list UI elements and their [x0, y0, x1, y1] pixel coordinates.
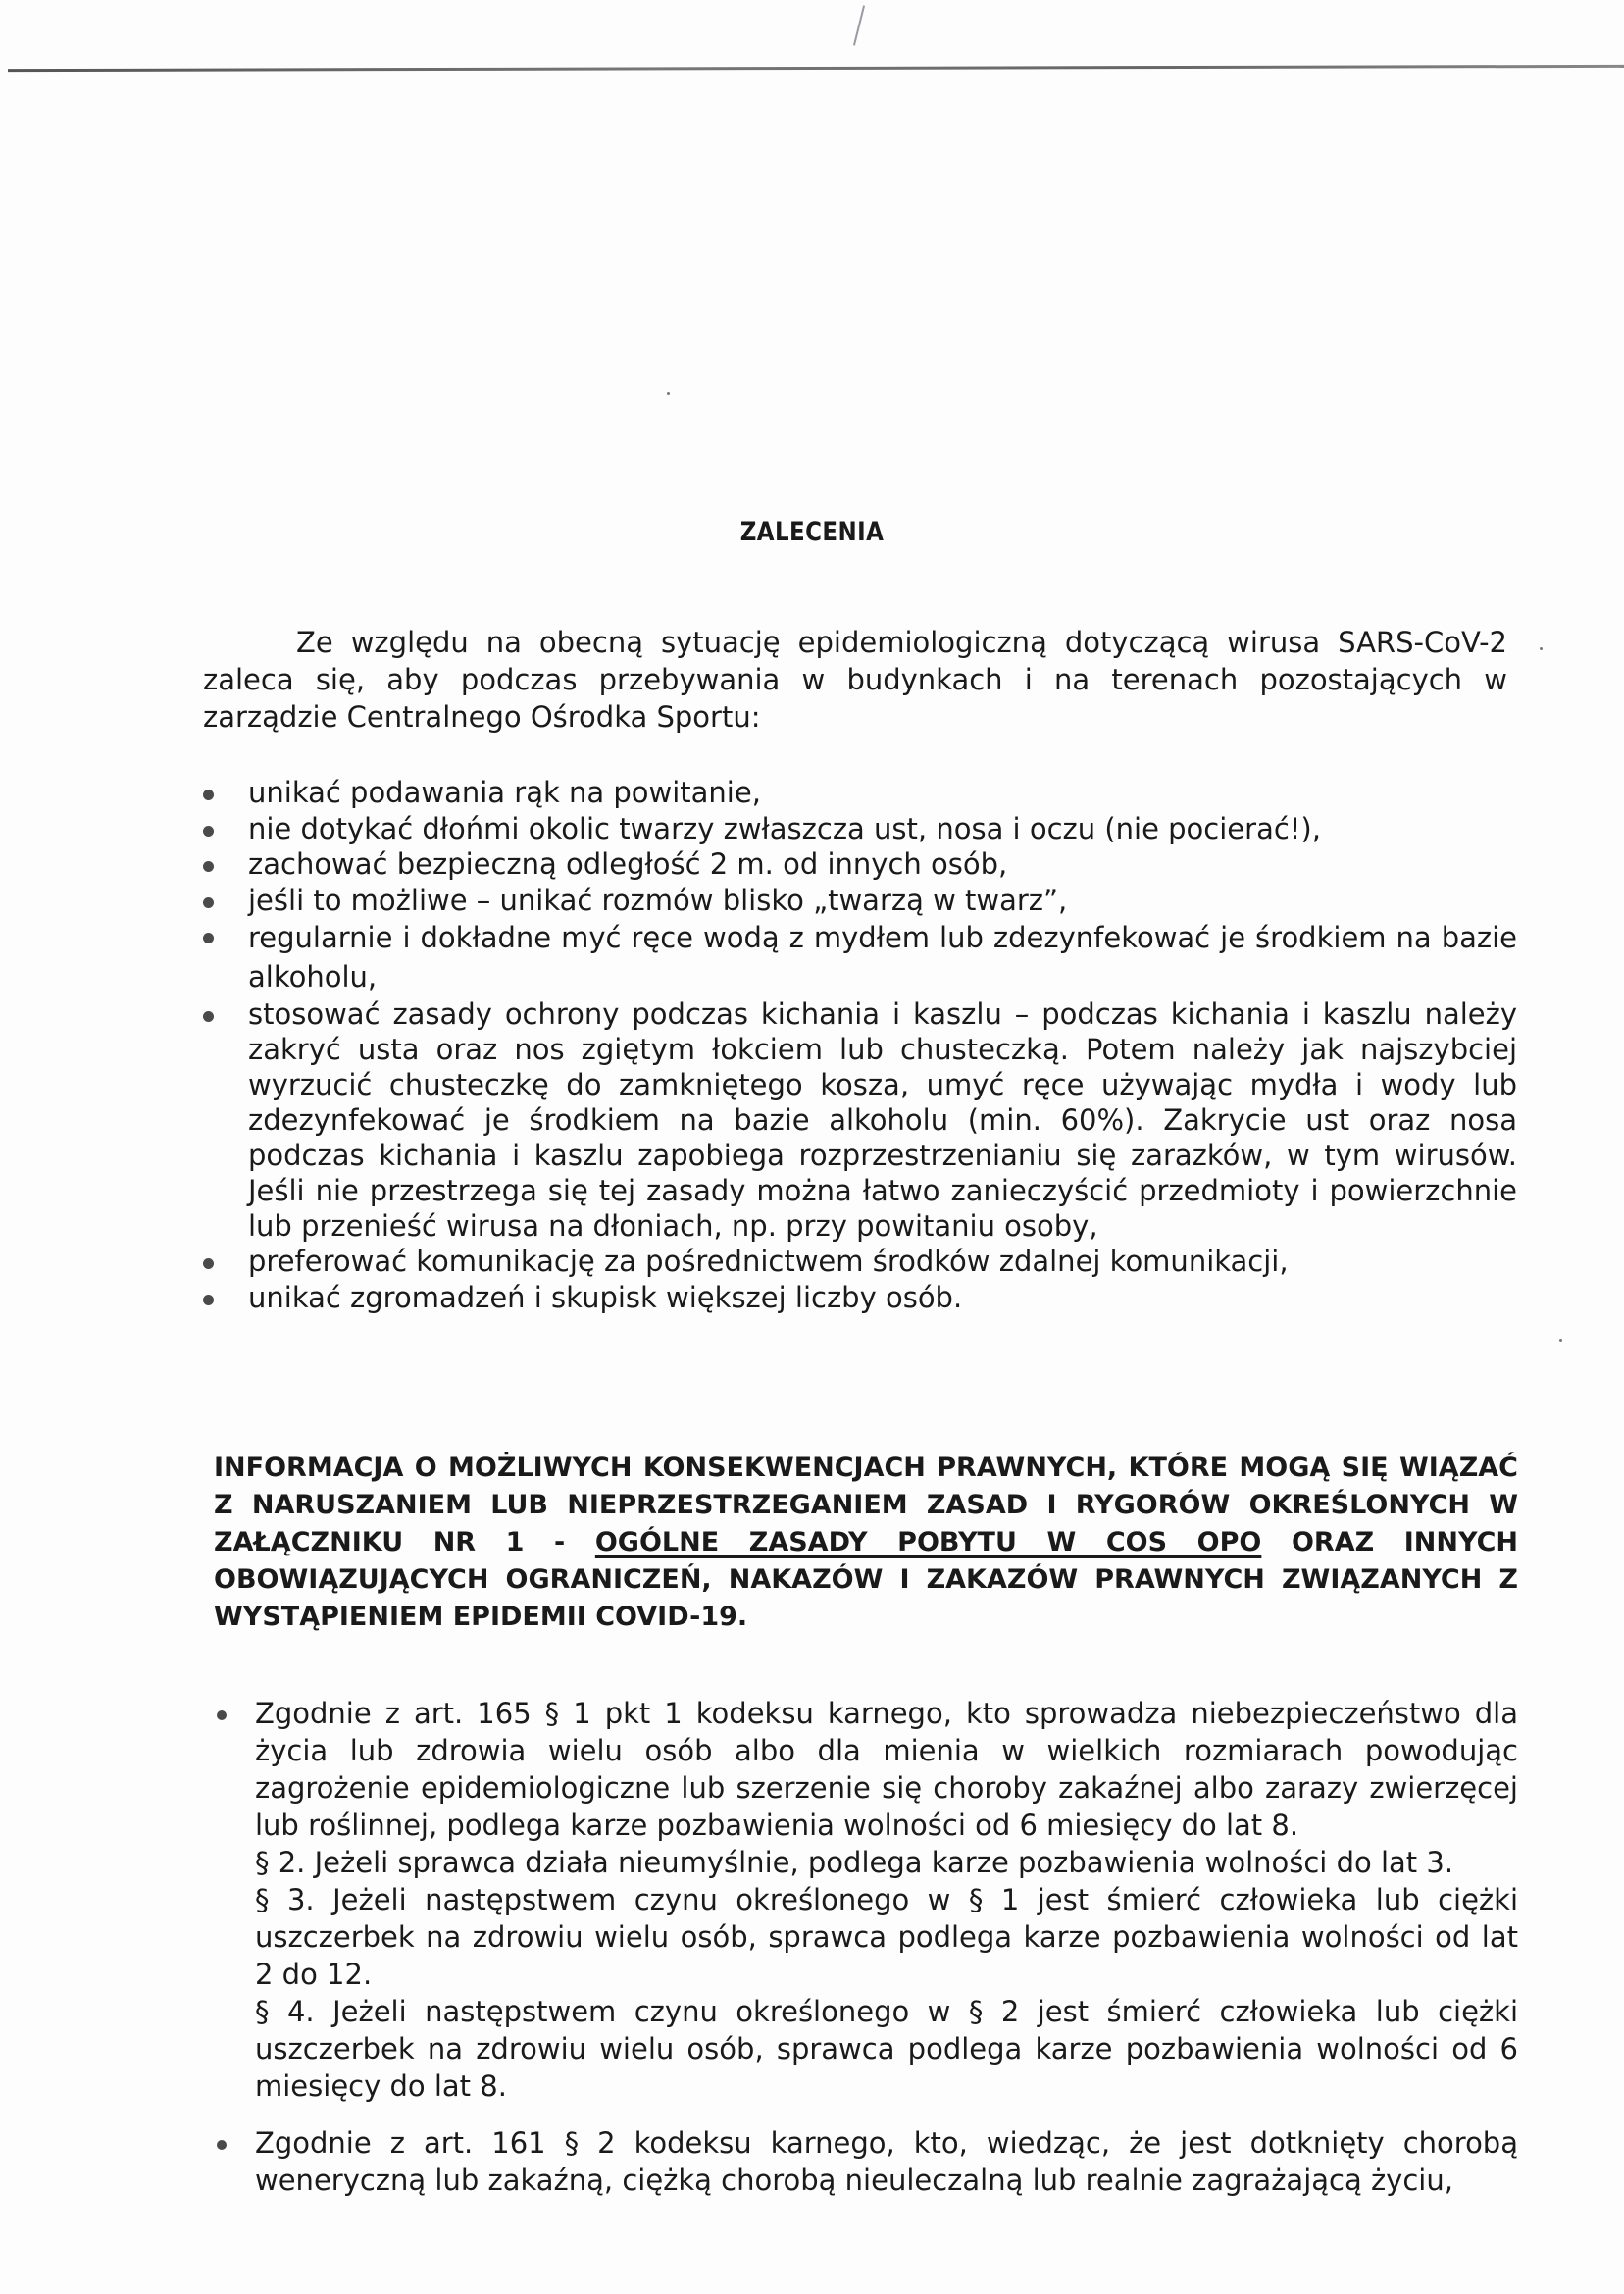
- bullet-icon: [217, 1710, 227, 1720]
- legal-paragraph: § 3. Jeżeli następstwem czynu określoneg…: [255, 1881, 1518, 1993]
- intro-text: Ze względu na obecną sytuację epidemiolo…: [203, 626, 1507, 734]
- list-item: jeśli to możliwe – unikać rozmów blisko …: [203, 883, 1517, 919]
- list-item: unikać podawania rąk na powitanie,: [203, 775, 1517, 811]
- list-item: nie dotykać dłońmi okolic twarzy zwłaszc…: [203, 811, 1517, 847]
- scan-pen-mark: [853, 5, 865, 45]
- scan-edge-line: [8, 65, 1624, 72]
- bullet-icon: [203, 933, 214, 943]
- legal-paragraph: Zgodnie z art. 161 § 2 kodeksu karnego, …: [255, 2124, 1518, 2199]
- bullet-icon: [203, 790, 214, 800]
- list-item: unikać zgromadzeń i skupisk większej lic…: [203, 1280, 1517, 1316]
- bullet-icon: [203, 1295, 214, 1305]
- scan-speck: [1559, 1339, 1562, 1342]
- list-item: zachować bezpieczną odległość 2 m. od in…: [203, 846, 1517, 883]
- page-title: ZALECENIA: [122, 517, 1502, 547]
- bullet-icon: [203, 861, 214, 872]
- underlined-rules-title: OGÓLNE ZASADY POBYTU W COS OPO: [595, 1527, 1262, 1557]
- bullet-icon: [203, 1258, 214, 1269]
- list-item: regularnie i dokładne myć ręce wodą z my…: [203, 918, 1517, 996]
- legal-consequences-heading: INFORMACJA O MOŻLIWYCH KONSEKWENCJACH PR…: [214, 1450, 1518, 1636]
- recommendations-list: unikać podawania rąk na powitanie, nie d…: [203, 775, 1517, 1315]
- scan-speck: [1540, 647, 1543, 650]
- list-item: stosować zasady ochrony podczas kichania…: [203, 996, 1517, 1244]
- legal-paragraph: § 4. Jeżeli następstwem czynu określoneg…: [255, 1993, 1518, 2105]
- list-item: Zgodnie z art. 161 § 2 kodeksu karnego, …: [214, 2124, 1518, 2199]
- intro-paragraph: Ze względu na obecną sytuację epidemiolo…: [203, 624, 1507, 736]
- scan-speck: [667, 392, 670, 395]
- bullet-icon: [203, 897, 214, 908]
- list-item: Zgodnie z art. 165 § 1 pkt 1 kodeksu kar…: [214, 1695, 1518, 2105]
- legal-items-list: Zgodnie z art. 165 § 1 pkt 1 kodeksu kar…: [214, 1695, 1518, 2218]
- list-item: preferować komunikację za pośrednictwem …: [203, 1244, 1517, 1280]
- legal-paragraph: § 2. Jeżeli sprawca działa nieumyślnie, …: [255, 1844, 1518, 1881]
- bullet-icon: [203, 826, 214, 837]
- bullet-icon: [203, 1011, 214, 1022]
- bullet-icon: [217, 2140, 227, 2150]
- legal-paragraph: Zgodnie z art. 165 § 1 pkt 1 kodeksu kar…: [255, 1695, 1518, 1844]
